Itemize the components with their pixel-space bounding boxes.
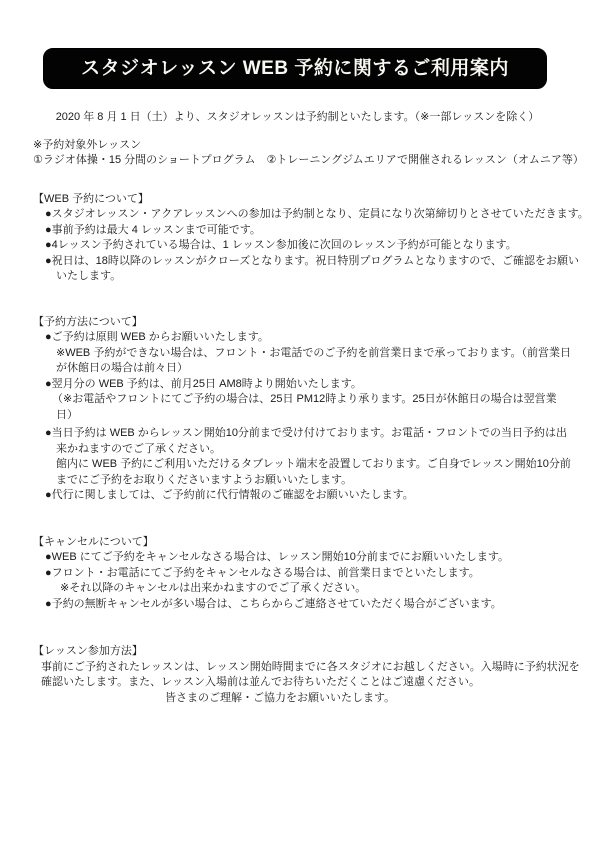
closing-line: 皆さまのご理解・ご協力をお願いいたします。 xyxy=(0,691,595,707)
section-cancellation: 【キャンセルについて】 ●WEB にてご予約をキャンセルなさる場合は、レッスン開… xyxy=(0,535,595,613)
bullet-line: ●フロント・お電話にてご予約をキャンセルなさる場合は、前営業日までといたします。 xyxy=(0,566,595,582)
wrap-line: までにご予約をお取りくださいますようお願いいたします。 xyxy=(0,473,595,489)
bullet-line: ●代行に関しましては、ご予約前に代行情報のご確認をお願いいたします。 xyxy=(0,488,595,504)
wrap-line: が休館日の場合は前々日） xyxy=(0,361,595,377)
bullet-line: ●事前予約は最大 4 レッスンまで可能です。 xyxy=(0,223,595,239)
section-heading: 【予約方法について】 xyxy=(0,315,595,331)
title-banner: スタジオレッスン WEB 予約に関するご利用案内 xyxy=(43,48,547,89)
exclusion-heading: ※予約対象外レッスン xyxy=(0,138,595,154)
exclusion-items: ①ラジオ体操・15 分間のショートプログラム ②トレーニングジムエリアで開催され… xyxy=(0,153,595,169)
section-heading: 【WEB 予約について】 xyxy=(0,192,595,208)
section-web-reservation: 【WEB 予約について】 ●スタジオレッスン・アクアレッスンへの参加は予約制とな… xyxy=(0,192,595,285)
section-heading: 【レッスン参加方法】 xyxy=(0,644,595,660)
bullet-line: ●翌月分の WEB 予約は、前月25日 AM8時より開始いたします。 xyxy=(0,377,595,393)
section-lesson-participation: 【レッスン参加方法】 事前にご予約されたレッスンは、レッスン開始時間までに各スタ… xyxy=(0,644,595,706)
paragraph-line: 確認いたします。また、レッスン入場前は並んでお待ちいただくことはご遠慮ください。 xyxy=(0,675,595,691)
bullet-line: ●WEB にてご予約をキャンセルなさる場合は、レッスン開始10分前までにお願いい… xyxy=(0,550,595,566)
paragraph-line: 事前にご予約されたレッスンは、レッスン開始時間までに各スタジオにお越しください。… xyxy=(0,660,595,676)
bullet-line: ●祝日は、18時以降のレッスンがクローズとなります。祝日特別プログラムとなります… xyxy=(0,254,595,270)
wrap-line: 来かねますのでご了承ください。 xyxy=(0,442,595,458)
wrap-line: いたします。 xyxy=(0,269,595,285)
bullet-line: ●ご予約は原則 WEB からお願いいたします。 xyxy=(0,330,595,346)
document-page: スタジオレッスン WEB 予約に関するご利用案内 2020 年 8 月 1 日（… xyxy=(0,0,595,842)
bullet-line: ●予約の無断キャンセルが多い場合は、こちらからご連絡させていただく場合がございま… xyxy=(0,597,595,613)
wrap-line: 日） xyxy=(0,408,595,424)
section-heading: 【キャンセルについて】 xyxy=(0,535,595,551)
note-line: ※それ以降のキャンセルは出来かねますのでご了承ください。 xyxy=(0,581,595,597)
exclusion-note: ※予約対象外レッスン ①ラジオ体操・15 分間のショートプログラム ②トレーニン… xyxy=(0,138,595,169)
date-notice: 2020 年 8 月 1 日（土）より、スタジオレッスンは予約制といたします。（… xyxy=(0,110,595,126)
wrap-line: 館内に WEB 予約にご利用いただけるタブレット端末を設置しております。ご自身で… xyxy=(0,457,595,473)
bullet-line: ●4レッスン予約されている場合は、1 レッスン参加後に次回のレッスン予約が可能と… xyxy=(0,238,595,254)
note-line: ※WEB 予約ができない場合は、フロント・お電話でのご予約を前営業日まで承ってお… xyxy=(0,346,595,362)
section-reservation-method: 【予約方法について】 ●ご予約は原則 WEB からお願いいたします。 ※WEB … xyxy=(0,315,595,504)
page-title: スタジオレッスン WEB 予約に関するご利用案内 xyxy=(81,61,509,77)
bullet-line: ●当日予約は WEB からレッスン開始10分前まで受け付けております。お電話・フ… xyxy=(0,426,595,442)
bullet-line: ●スタジオレッスン・アクアレッスンへの参加は予約制となり、定員になり次第締切りと… xyxy=(0,207,595,223)
note-line: （※お電話やフロントにてご予約の場合は、25日 PM12時より承ります。25日が… xyxy=(0,392,595,408)
